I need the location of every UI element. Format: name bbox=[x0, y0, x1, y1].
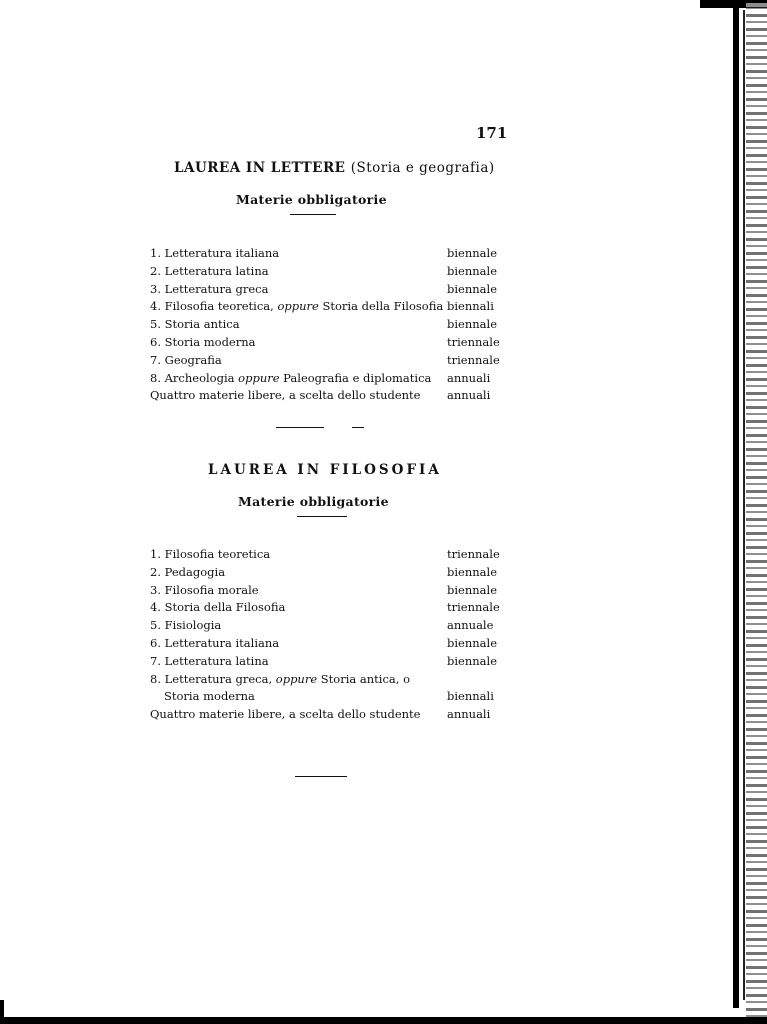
section-title-paren: (Storia e geografia) bbox=[351, 160, 495, 176]
list-item-continuation: Storia moderna biennali bbox=[150, 689, 500, 707]
list-item: 6. Storia moderna triennale bbox=[150, 335, 500, 353]
end-rule bbox=[295, 776, 347, 777]
list-item: 5. Storia antica biennale bbox=[150, 317, 500, 335]
list-item: 4. Storia della Filosofia triennale bbox=[150, 600, 500, 618]
list-item: 8. Letteratura greca, oppure Storia anti… bbox=[150, 672, 500, 690]
list-item: 6. Letteratura italiana biennale bbox=[150, 636, 500, 654]
list-item: 3. Letteratura greca biennale bbox=[150, 282, 500, 300]
divider-rule bbox=[297, 516, 347, 517]
scanned-book-page: 171 LAUREA IN LETTERE (Storia e geografi… bbox=[0, 0, 767, 1024]
list-item: 8. Archeologia oppure Paleografia e dipl… bbox=[150, 371, 500, 389]
scan-edge-bottom-left bbox=[0, 1000, 4, 1024]
scan-edge-right-line bbox=[743, 10, 745, 1000]
scan-edge-right bbox=[733, 8, 739, 1008]
list-item: 4. Filosofia teoretica, oppure Storia de… bbox=[150, 299, 500, 317]
course-list-lettere: 1. Letteratura italiana biennale 2. Lett… bbox=[150, 246, 500, 406]
scan-edge-texture bbox=[746, 0, 767, 1024]
divider-rule bbox=[290, 214, 336, 215]
course-list-filosofia: 1. Filosofia teoretica triennale 2. Peda… bbox=[150, 547, 500, 725]
list-item: 2. Letteratura latina biennale bbox=[150, 264, 500, 282]
section-title-main: LAUREA IN LETTERE bbox=[174, 160, 345, 176]
section-subtitle-filosofia: Materie obbligatorie bbox=[238, 494, 389, 509]
section-separator-long bbox=[276, 427, 324, 428]
list-item: 1. Letteratura italiana biennale bbox=[150, 246, 500, 264]
list-item: 7. Geografia triennale bbox=[150, 353, 500, 371]
list-item: 1. Filosofia teoretica triennale bbox=[150, 547, 500, 565]
section-subtitle-lettere: Materie obbligatorie bbox=[236, 192, 387, 207]
list-item: 7. Letteratura latina biennale bbox=[150, 654, 500, 672]
section-title-lettere: LAUREA IN LETTERE (Storia e geografia) bbox=[174, 160, 495, 176]
list-item: 2. Pedagogia biennale bbox=[150, 565, 500, 583]
scan-edge-bottom bbox=[0, 1017, 767, 1024]
list-item: 5. Fisiologia annuale bbox=[150, 618, 500, 636]
page-number: 171 bbox=[476, 124, 507, 142]
section-title-filosofia: LAUREA IN FILOSOFIA bbox=[208, 462, 442, 478]
list-item: 3. Filosofia morale biennale bbox=[150, 583, 500, 601]
list-item: Quattro materie libere, a scelta dello s… bbox=[150, 388, 500, 406]
section-separator-short bbox=[352, 427, 364, 428]
list-item: Quattro materie libere, a scelta dello s… bbox=[150, 707, 500, 725]
